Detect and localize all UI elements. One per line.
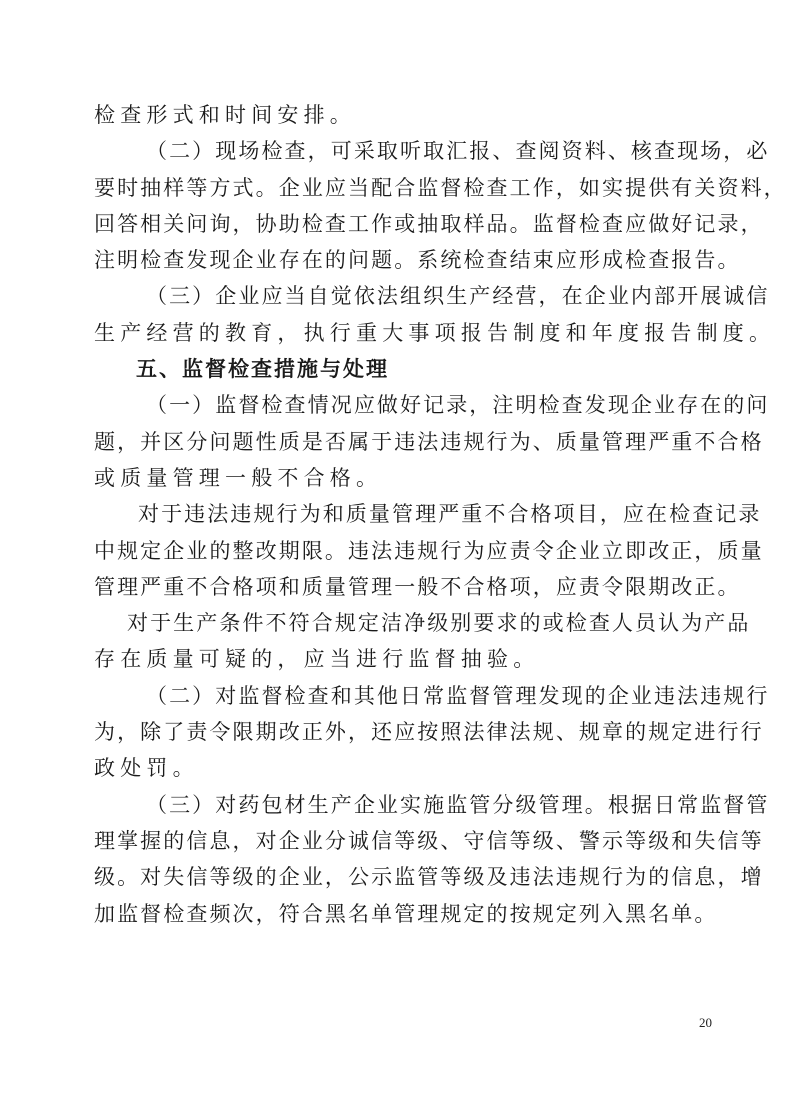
paragraph-line: 对 于 生 产 条 件 不 符 合 规 定 洁 净 级 别 要 求 的 或 检 … bbox=[94, 605, 701, 641]
paragraph-line: 要 时 抽 样 等 方 式 。 企 业 应 当 配 合 监 督 检 查 工 作 … bbox=[94, 170, 701, 206]
paragraph-line: 回 答 相 关 问 询 ， 协 助 检 查 工 作 或 抽 取 样 品 。 监 … bbox=[94, 206, 701, 242]
paragraph-line: 存在质量可疑的，应当进行监督抽验。 bbox=[94, 641, 701, 677]
paragraph-line: （ 三 ） 企 业 应 当 自 觉 依 法 组 织 生 产 经 营 ， 在 企 … bbox=[94, 278, 701, 314]
paragraph-line: 注 明 检 查 发 现 企 业 存 在 的 问 题 。 系 统 检 查 结 束 … bbox=[94, 242, 701, 278]
paragraph-line: （ 二 ） 现 场 检 查 ， 可 采 取 听 取 汇 报 、 查 阅 资 料 … bbox=[94, 133, 701, 169]
document-page: 检查形式和时间安排。 （ 二 ） 现 场 检 查 ， 可 采 取 听 取 汇 报… bbox=[0, 0, 793, 1096]
paragraph-line: 生产经营的教育，执行重大事项报告制度和年度报告制度。 bbox=[94, 315, 701, 351]
paragraph-line: 检查形式和时间安排。 bbox=[94, 97, 701, 133]
paragraph-line: 理 掌 握 的 信 息 ， 对 企 业 分 诚 信 等 级 、 守 信 等 级 … bbox=[94, 823, 701, 859]
paragraph-line: 对 于 违 法 违 规 行 为 和 质 量 管 理 严 重 不 合 格 项 目 … bbox=[94, 496, 701, 532]
paragraph-line: （ 二 ） 对 监 督 检 查 和 其 他 日 常 监 督 管 理 发 现 的 … bbox=[94, 678, 701, 714]
body-text: 检查形式和时间安排。 （ 二 ） 现 场 检 查 ， 可 采 取 听 取 汇 报… bbox=[94, 97, 701, 932]
page-number: 20 bbox=[699, 1015, 712, 1031]
paragraph-line: 或质量管理一般不合格。 bbox=[94, 460, 701, 496]
paragraph-line: （ 三 ） 对 药 包 材 生 产 企 业 实 施 监 管 分 级 管 理 。 … bbox=[94, 787, 701, 823]
paragraph-line: 级 。 对 失 信 等 级 的 企 业 ， 公 示 监 管 等 级 及 违 法 … bbox=[94, 859, 701, 895]
paragraph-line: 管 理 严 重 不 合 格 项 和 质 量 管 理 一 般 不 合 格 项 ， … bbox=[94, 569, 701, 605]
paragraph-line: 加 监 督 检 查 频 次 ， 符 合 黑 名 单 管 理 规 定 的 按 规 … bbox=[94, 896, 701, 932]
paragraph-line: （ 一 ） 监 督 检 查 情 况 应 做 好 记 录 ， 注 明 检 查 发 … bbox=[94, 387, 701, 423]
paragraph-line: 题 ， 并 区 分 问 题 性 质 是 否 属 于 违 法 违 规 行 为 、 … bbox=[94, 424, 701, 460]
section-heading: 五、监督检查措施与处理 bbox=[94, 351, 701, 387]
paragraph-line: 中 规 定 企 业 的 整 改 期 限 。 违 法 违 规 行 为 应 责 令 … bbox=[94, 533, 701, 569]
paragraph-line: 为 ， 除 了 责 令 限 期 改 正 外 ， 还 应 按 照 法 律 法 规 … bbox=[94, 714, 701, 750]
paragraph-line: 政处罚。 bbox=[94, 750, 701, 786]
